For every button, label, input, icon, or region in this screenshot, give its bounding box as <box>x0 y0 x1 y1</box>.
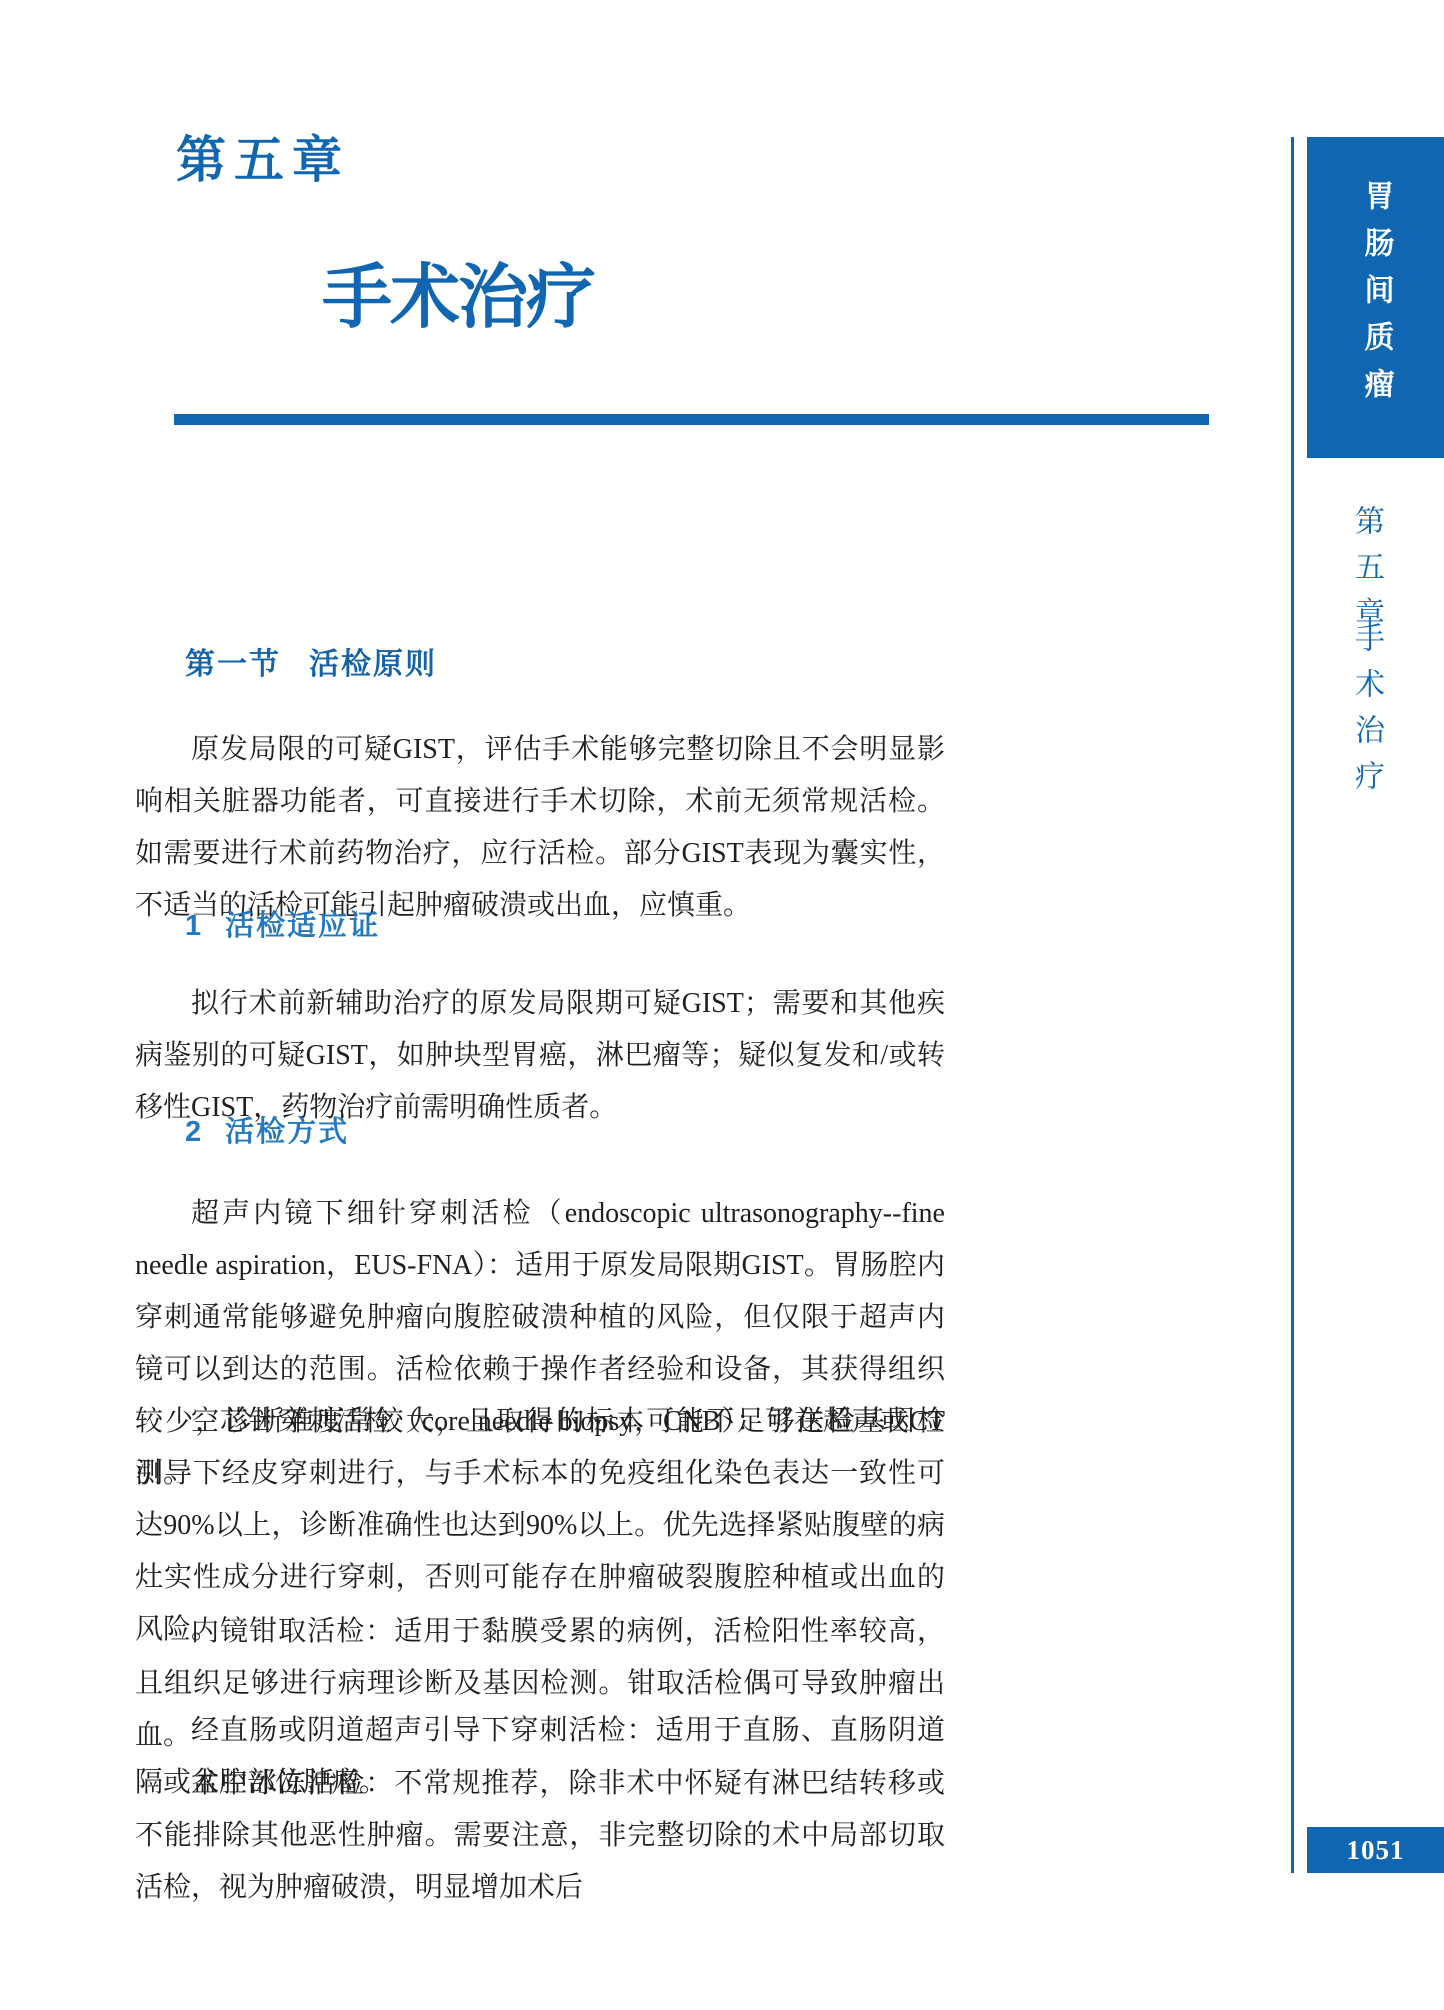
subsection-number: 2 <box>185 1116 203 1148</box>
title-divider-rule <box>174 414 1209 425</box>
subsection-heading-1: 1活检适应证 <box>185 912 380 941</box>
sidebar-chapter-title: 手术治疗 <box>1351 622 1381 806</box>
paragraph: 原发局限的可疑GIST，评估手术能够完整切除且不会明显影响相关脏器功能者，可直接… <box>135 724 945 932</box>
sidebar-vertical-rule <box>1291 137 1294 1873</box>
subsection-title: 活检适应证 <box>225 910 380 942</box>
sidebar-book-title-box: 胃肠间质瘤 <box>1307 137 1444 458</box>
section-number: 第一节 <box>185 648 281 681</box>
subsection-number: 1 <box>185 910 203 942</box>
subsection-title: 活检方式 <box>225 1116 349 1148</box>
chapter-label: 第五章 <box>176 135 350 185</box>
paragraph: 术中冰冻活检：不常规推荐，除非术中怀疑有淋巴结转移或不能排除其他恶性肿瘤。需要注… <box>135 1758 945 1914</box>
section-heading: 第一节活检原则 <box>185 650 437 680</box>
page-number: 1051 <box>1347 1835 1405 1866</box>
section-title: 活检原则 <box>309 648 437 681</box>
subsection-heading-2: 2活检方式 <box>185 1118 349 1147</box>
paragraph: 拟行术前新辅助治疗的原发局限期可疑GIST；需要和其他疾病鉴别的可疑GIST，如… <box>135 978 945 1134</box>
chapter-title: 手术治疗 <box>322 262 594 332</box>
page-number-badge: 1051 <box>1307 1827 1444 1873</box>
sidebar-book-title: 胃肠间质瘤 <box>1361 180 1391 415</box>
book-page: 第五章 手术治疗 胃肠间质瘤 第五章 手术治疗 1051 第一节活检原则 原发局… <box>0 0 1444 2010</box>
